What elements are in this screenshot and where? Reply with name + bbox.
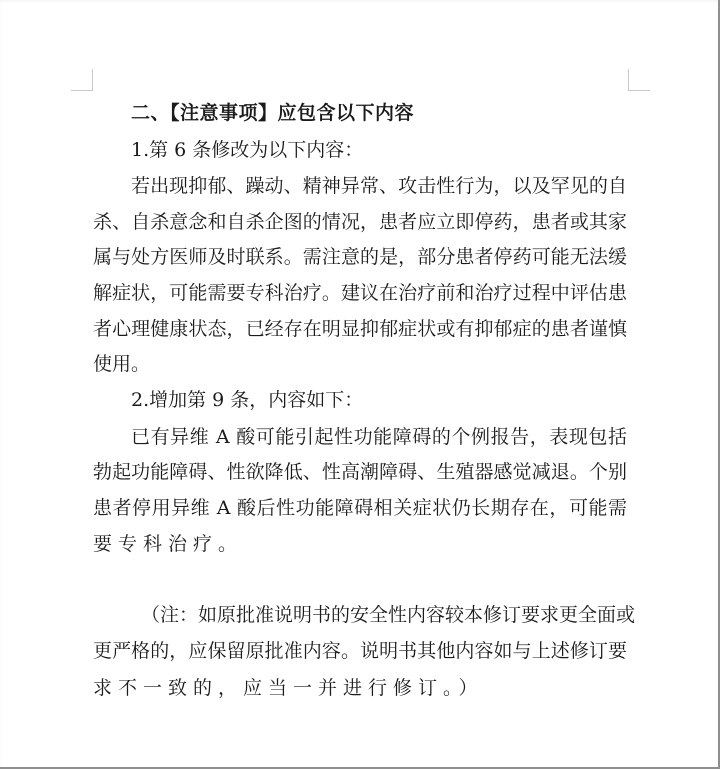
section2-title: 2.增加第 9 条，内容如下： bbox=[131, 382, 627, 418]
paragraph-line: 杀、自杀意念和自杀企图的情况，患者应立即停药，患者或其家 bbox=[93, 204, 627, 240]
paragraph-line: 属与处方医师及时联系。需注意的是，部分患者停药可能无法缓 bbox=[93, 239, 627, 275]
paragraph-line: 解症状，可能需要专科治疗。建议在治疗前和治疗过程中评估患 bbox=[93, 275, 627, 311]
section-heading: 二、【注意事项】应包含以下内容 bbox=[131, 95, 627, 131]
paragraph-line: 者心理健康状态，已经存在明显抑郁症状或有抑郁症的患者谨慎 bbox=[93, 311, 627, 347]
paragraph-line: 患者停用异维 A 酸后性功能障碍相关症状仍长期存在，可能需 bbox=[93, 490, 627, 526]
note-line: （注：如原批准说明书的安全性内容较本修订要求更全面或 bbox=[141, 597, 627, 633]
paragraph-line: 要专科治疗。 bbox=[93, 526, 627, 562]
paragraph-line: 勃起功能障碍、性欲降低、性高潮障碍、生殖器感觉减退。个别 bbox=[93, 454, 627, 490]
paragraph-line: 使用。 bbox=[93, 346, 627, 382]
crop-mark-top-right bbox=[628, 69, 629, 91]
note-line: 更严格的，应保留原批准内容。说明书其他内容如与上述修订要 bbox=[93, 633, 627, 669]
crop-mark-top-left bbox=[71, 90, 93, 91]
note-line: 求不一致的，应当一并进行修订。） bbox=[93, 670, 627, 706]
document-page: 二、【注意事项】应包含以下内容 1.第 6 条修改为以下内容： 若出现抑郁、躁动… bbox=[0, 0, 720, 769]
section1-title: 1.第 6 条修改为以下内容： bbox=[131, 132, 627, 168]
crop-mark-top-right bbox=[628, 90, 650, 91]
paragraph-line: 若出现抑郁、躁动、精神异常、攻击性行为，以及罕见的自 bbox=[131, 168, 627, 204]
crop-mark-top-left bbox=[92, 69, 93, 91]
paragraph-line: 已有异维 A 酸可能引起性功能障碍的个例报告，表现包括 bbox=[131, 419, 627, 455]
